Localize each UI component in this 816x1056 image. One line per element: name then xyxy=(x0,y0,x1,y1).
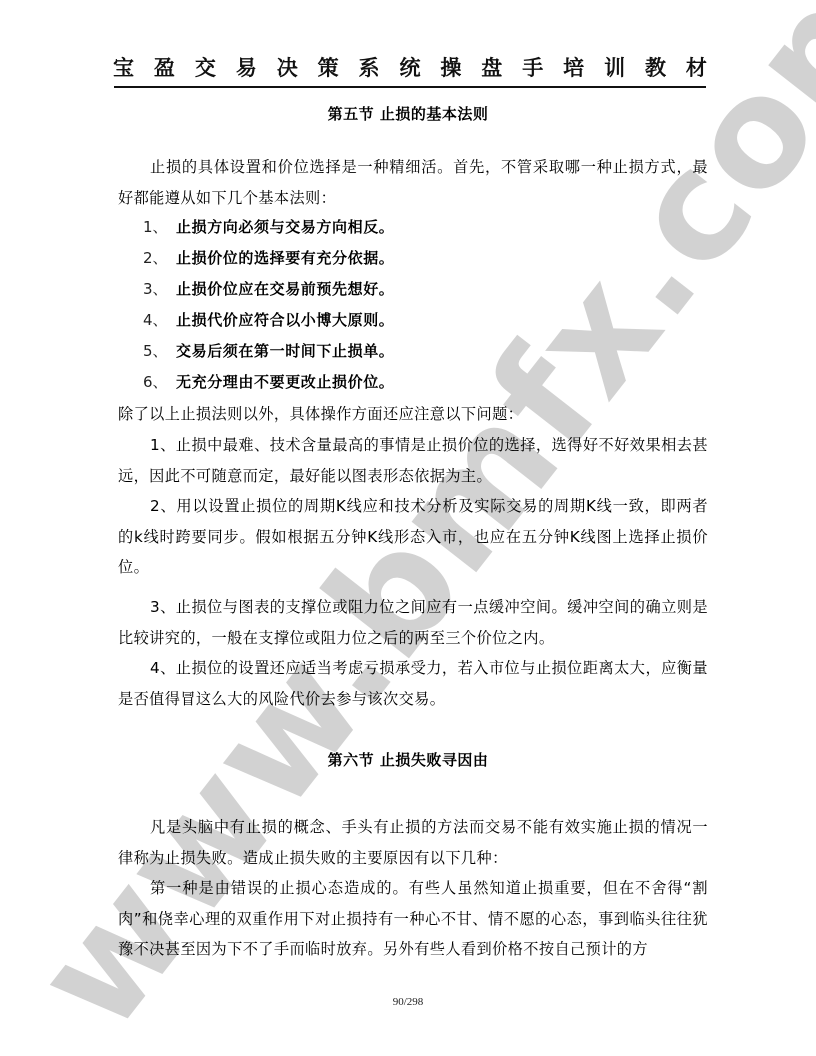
section-6-title: 第六节 止损失败寻因由 xyxy=(0,749,816,770)
document-page: 宝 盈 交 易 决 策 系 统 操 盘 手 培 训 教 材 第五节 止损的基本法… xyxy=(0,0,816,1056)
header-char: 手 xyxy=(522,52,543,82)
header-char: 决 xyxy=(277,52,298,82)
notes-lead: 除了以上止损法则以外，具体操作方面还应注意以下问题： xyxy=(118,399,708,430)
running-header: 宝 盈 交 易 决 策 系 统 操 盘 手 培 训 教 材 xyxy=(113,52,707,82)
rule-item: 3、 止损价位应在交易前预先想好。 xyxy=(143,274,394,304)
header-char: 操 xyxy=(440,52,461,82)
note-paragraph: 2、用以设置止损位的周期K线应和技术分析及实际交易的周期K线一致，即两者的k线时… xyxy=(118,491,708,583)
rule-text: 止损价位的选择要有充分依据。 xyxy=(176,243,394,273)
header-char: 交 xyxy=(195,52,216,82)
header-char: 策 xyxy=(318,52,339,82)
rule-item: 4、 止损代价应符合以小博大原则。 xyxy=(143,305,394,335)
header-char: 教 xyxy=(645,52,666,82)
rule-text: 止损价位应在交易前预先想好。 xyxy=(176,274,394,304)
page-number: 90/298 xyxy=(0,996,816,1008)
header-char: 盈 xyxy=(154,52,175,82)
rule-number: 3、 xyxy=(143,274,176,304)
section-6-paragraph: 凡是头脑中有止损的概念、手头有止损的方法而交易不能有效实施止损的情况一律称为止损… xyxy=(118,812,708,873)
rule-number: 1、 xyxy=(143,212,176,242)
section-6-paragraph: 第一种是由错误的止损心态造成的。有些人虽然知道止损重要，但在不舍得“割肉”和侥幸… xyxy=(118,873,708,965)
header-char: 盘 xyxy=(481,52,502,82)
rule-number: 6、 xyxy=(143,367,176,397)
rule-text: 交易后须在第一时间下止损单。 xyxy=(176,336,394,366)
rule-item: 1、 止损方向必须与交易方向相反。 xyxy=(143,212,394,242)
rule-number: 2、 xyxy=(143,243,176,273)
rule-item: 2、 止损价位的选择要有充分依据。 xyxy=(143,243,394,273)
rule-text: 无充分理由不要更改止损价位。 xyxy=(176,367,394,397)
header-char: 统 xyxy=(399,52,420,82)
header-divider xyxy=(114,86,706,88)
header-char: 材 xyxy=(686,52,707,82)
note-paragraph: 3、止损位与图表的支撑位或阻力位之间应有一点缓冲空间。缓冲空间的确立则是比较讲究… xyxy=(118,592,708,653)
note-paragraph: 4、止损位的设置还应适当考虑亏损承受力，若入市位与止损位距离太大，应衡量是否值得… xyxy=(118,653,708,714)
rule-item: 5、 交易后须在第一时间下止损单。 xyxy=(143,336,394,366)
header-char: 宝 xyxy=(113,52,134,82)
rule-text: 止损方向必须与交易方向相反。 xyxy=(176,212,394,242)
rule-text: 止损代价应符合以小博大原则。 xyxy=(176,305,394,335)
rule-number: 5、 xyxy=(143,336,176,366)
rule-item: 6、 无充分理由不要更改止损价位。 xyxy=(143,367,394,397)
section-5-intro: 止损的具体设置和价位选择是一种精细活。首先，不管采取哪一种止损方式，最好都能遵从… xyxy=(118,152,708,213)
header-char: 培 xyxy=(563,52,584,82)
header-char: 训 xyxy=(604,52,625,82)
header-char: 易 xyxy=(236,52,257,82)
rule-number: 4、 xyxy=(143,305,176,335)
header-char: 系 xyxy=(359,52,380,82)
note-paragraph: 1、止损中最难、技术含量最高的事情是止损价位的选择，选得好不好效果相去甚远，因此… xyxy=(118,430,708,491)
section-5-title: 第五节 止损的基本法则 xyxy=(0,103,816,124)
